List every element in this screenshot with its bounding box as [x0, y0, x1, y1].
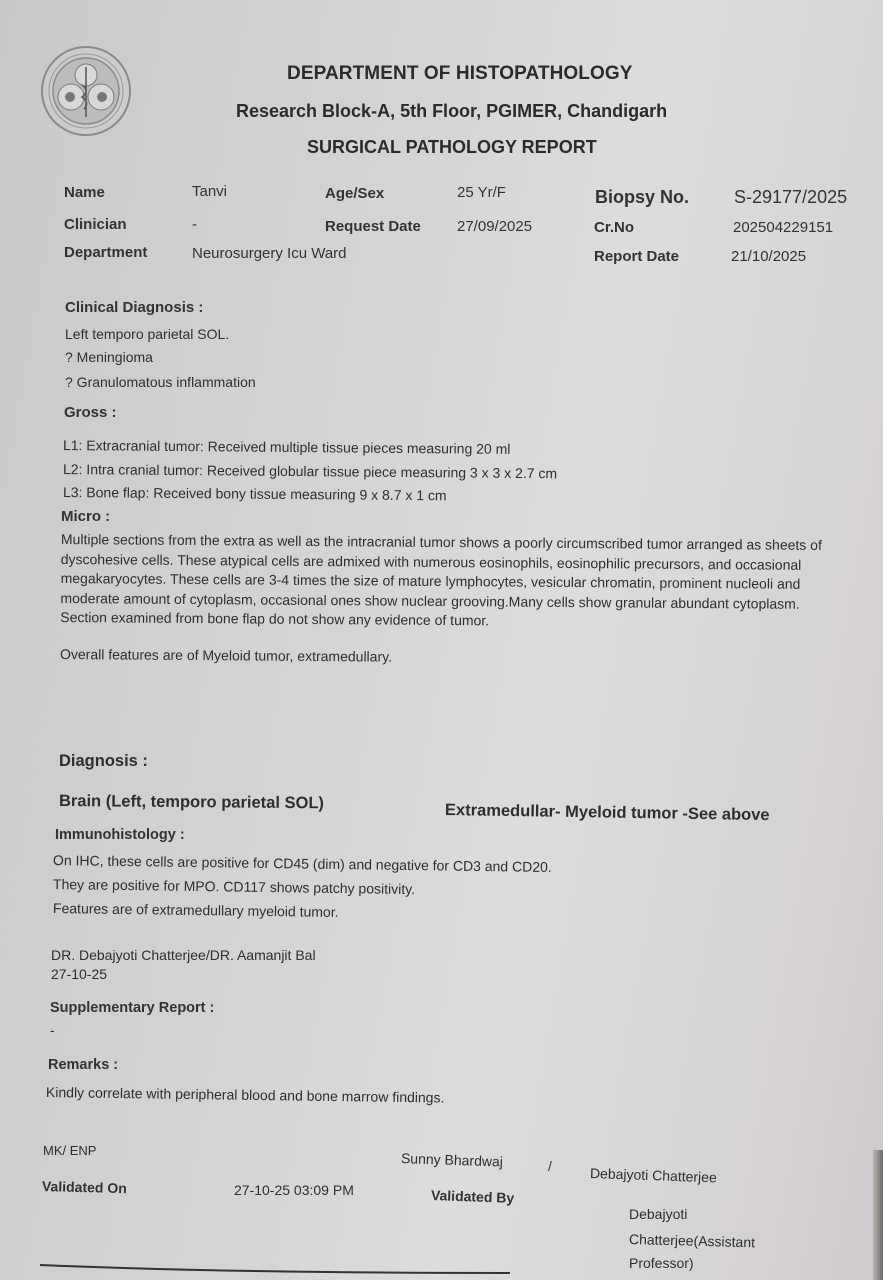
report-title: SURGICAL PATHOLOGY REPORT [307, 137, 597, 158]
report-date-value: 21/10/2025 [731, 248, 806, 265]
request-date-label: Request Date [325, 218, 421, 235]
gross-heading: Gross : [64, 404, 117, 421]
validator-2: Debajyoti Chatterjee [590, 1165, 717, 1185]
clinical-diagnosis-line: Left temporo parietal SOL. [65, 326, 229, 342]
paper-edge-shadow [873, 1150, 883, 1280]
biopsy-number: S-29177/2025 [734, 187, 847, 208]
clinical-diagnosis-line: ? Granulomatous inflammation [65, 374, 256, 390]
validated-on-value: 27-10-25 03:09 PM [234, 1182, 354, 1198]
ihc-line: On IHC, these cells are positive for CD4… [53, 852, 552, 875]
validator-separator: / [548, 1158, 552, 1174]
institute-emblem-icon [40, 45, 132, 137]
footer-divider-line [30, 1255, 530, 1280]
gross-line: L3: Bone flap: Received bony tissue meas… [63, 484, 447, 503]
signatory-line: Professor) [629, 1255, 694, 1271]
clinical-diagnosis-heading: Clinical Diagnosis : [65, 299, 203, 316]
clinician-value: - [192, 216, 197, 233]
signatory-line: Debajyoti [629, 1206, 687, 1222]
crno-value: 202504229151 [733, 219, 833, 236]
ihc-line: They are positive for MPO. CD117 shows p… [53, 876, 415, 897]
request-date-value: 27/09/2025 [457, 218, 532, 235]
signoff-date: 27-10-25 [51, 966, 107, 982]
gross-line: L2: Intra cranial tumor: Received globul… [63, 461, 557, 481]
department-value: Neurosurgery Icu Ward [192, 245, 347, 262]
patient-name: Tanvi [192, 183, 227, 200]
reporting-doctors: DR. Debajyoti Chatterjee/DR. Aamanjit Ba… [51, 947, 316, 963]
micro-heading: Micro : [61, 508, 110, 525]
gross-line: L1: Extracranial tumor: Received multipl… [63, 437, 511, 457]
remarks-heading: Remarks : [48, 1057, 118, 1073]
ihc-line: Features are of extramedullary myeloid t… [53, 900, 339, 920]
name-label: Name [64, 184, 105, 201]
micro-paragraph: Multiple sections from the extra as well… [60, 530, 851, 614]
biopsy-label: Biopsy No. [595, 187, 689, 208]
address-line: Research Block-A, 5th Floor, PGIMER, Cha… [236, 101, 667, 122]
supplementary-heading: Supplementary Report : [50, 1000, 214, 1016]
department-label: Department [64, 244, 147, 261]
validated-by-label: Validated By [431, 1187, 515, 1206]
age-sex-label: Age/Sex [325, 185, 384, 202]
clinician-label: Clinician [64, 216, 127, 233]
department-title: DEPARTMENT OF HISTOPATHOLOGY [287, 63, 633, 85]
diagnosis-result: Extramedullar- Myeloid tumor -See above [445, 801, 770, 825]
signatory-line: Chatterjee(Assistant [629, 1231, 755, 1250]
micro-overall: Overall features are of Myeloid tumor, e… [60, 644, 850, 670]
remarks-text: Kindly correlate with peripheral blood a… [46, 1084, 445, 1106]
immunohistology-heading: Immunohistology : [55, 827, 185, 843]
clinical-diagnosis-line: ? Meningioma [65, 349, 153, 365]
supplementary-value: - [50, 1022, 55, 1038]
diagnosis-heading: Diagnosis : [59, 752, 148, 771]
crno-label: Cr.No [594, 219, 634, 236]
validator-1: Sunny Bhardwaj [401, 1150, 503, 1170]
validated-on-label: Validated On [42, 1178, 127, 1196]
micro-description: Multiple sections from the extra as well… [60, 530, 851, 670]
diagnosis-site: Brain (Left, temporo parietal SOL) [59, 792, 324, 813]
initials: MK/ ENP [43, 1143, 96, 1158]
age-sex-value: 25 Yr/F [457, 184, 506, 201]
report-date-label: Report Date [594, 248, 679, 265]
